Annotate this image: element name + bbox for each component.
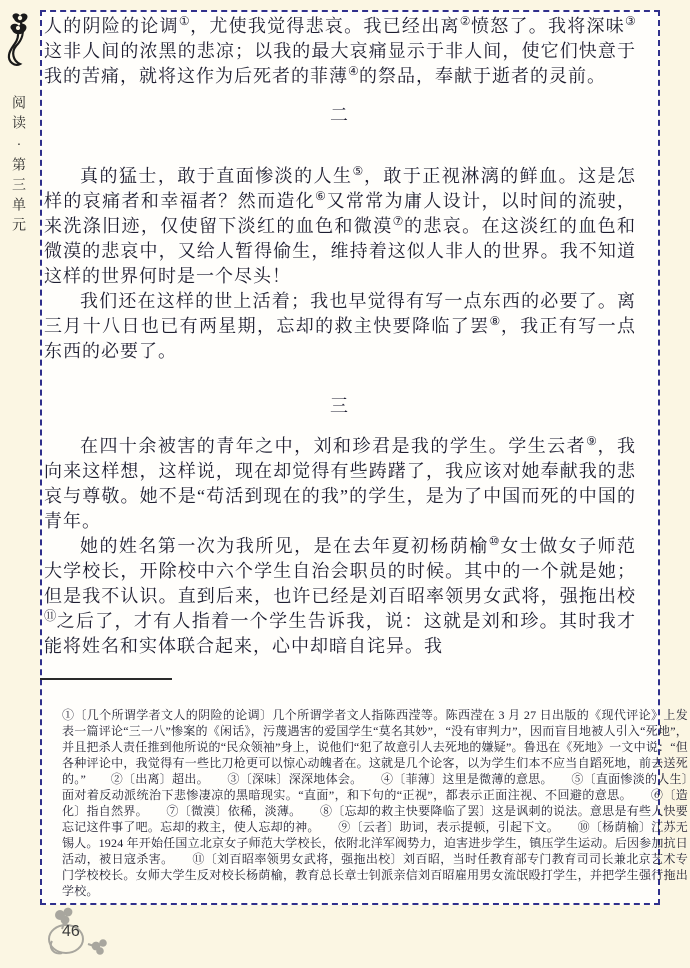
section-heading-3: 三 [44, 394, 636, 419]
section-heading-2: 二 [44, 103, 636, 128]
article-body: 人的阴险的论调①，尤使我觉得悲哀。我已经出离②愤怒了。我将深味③这非人间的浓黑的… [44, 14, 636, 659]
floral-flourish-icon [5, 12, 37, 70]
sidebar-unit-label: 阅读·第三单元 [9, 95, 29, 237]
clover-ornament-icon [38, 906, 124, 968]
body-paragraph-continuation: 人的阴险的论调①，尤使我觉得悲哀。我已经出离②愤怒了。我将深味③这非人间的浓黑的… [44, 14, 636, 89]
body-paragraph: 真的猛士，敢于直面惨淡的人生⑤，敢于正视淋漓的鲜血。这是怎样的哀痛者和幸福者？然… [44, 164, 636, 289]
page-number-area: 46 [38, 906, 128, 966]
textbook-page: 阅读·第三单元 人的阴险的论调①，尤使我觉得悲哀。我已经出离②愤怒了。我将深味③… [0, 0, 690, 968]
body-paragraph: 在四十余被害的青年之中，刘和珍君是我的学生。学生云者⑨，我向来这样想，这样说，现… [44, 434, 636, 534]
body-paragraph: 她的姓名第一次为我所见，是在去年夏初杨荫榆⑩女士做女子师范大学校长，开除校中六个… [44, 534, 636, 659]
body-paragraph: 我们还在这样的世上活着；我也早觉得有写一点东西的必要了。离三月十八日也已有两星期… [44, 289, 636, 364]
page-number: 46 [62, 923, 80, 941]
footnote-separator [40, 678, 172, 680]
footnotes-block: ①〔几个所谓学者文人的阴险的论调〕几个所谓学者文人指陈西滢等。陈西滢在 3 月 … [62, 707, 688, 899]
